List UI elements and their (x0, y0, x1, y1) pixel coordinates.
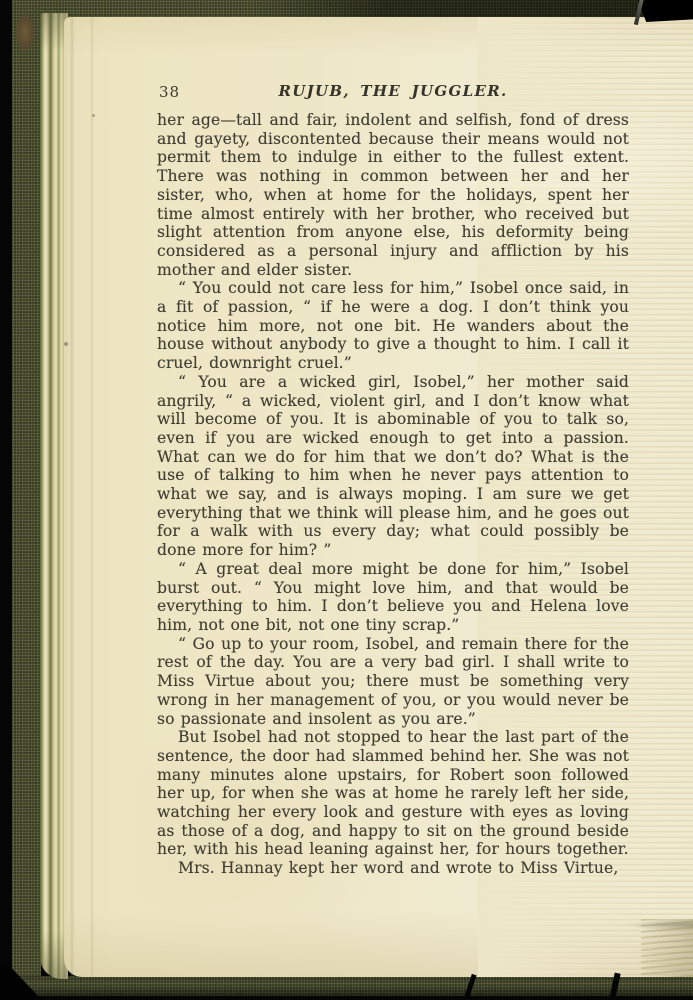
text-block: her age—tall and fair, indolent and self… (157, 111, 629, 878)
book-cover-left-edge (12, 3, 41, 993)
book-scan-photo: 38 RUJUB, THE JUGGLER. her age—tall and … (0, 0, 693, 1000)
paragraph: her age—tall and fair, indolent and self… (157, 111, 629, 279)
paragraph: “ You could not care less for him,” Isob… (157, 279, 629, 373)
page-gutter-crease (70, 17, 96, 977)
book-cover-bottom-edge (12, 976, 693, 996)
paragraph: Mrs. Hannay kept her word and wrote to M… (157, 859, 629, 878)
page-number: 38 (159, 83, 180, 101)
page-header: 38 RUJUB, THE JUGGLER. (157, 82, 629, 104)
book-cover-top-edge (12, 0, 693, 17)
page-speck (92, 114, 95, 117)
fore-edge-shadow-line (623, 919, 693, 931)
paragraph: “ You are a wicked girl, Isobel,” her mo… (157, 373, 629, 560)
paragraph: “ Go up to your room, Isobel, and remain… (157, 635, 629, 729)
page-speck (64, 342, 68, 346)
running-header: RUJUB, THE JUGGLER. (157, 82, 629, 100)
paragraph: “ A great deal more might be done for hi… (157, 560, 629, 635)
cover-wear-spot (14, 15, 36, 53)
paragraph: But Isobel had not stopped to hear the l… (157, 728, 629, 859)
